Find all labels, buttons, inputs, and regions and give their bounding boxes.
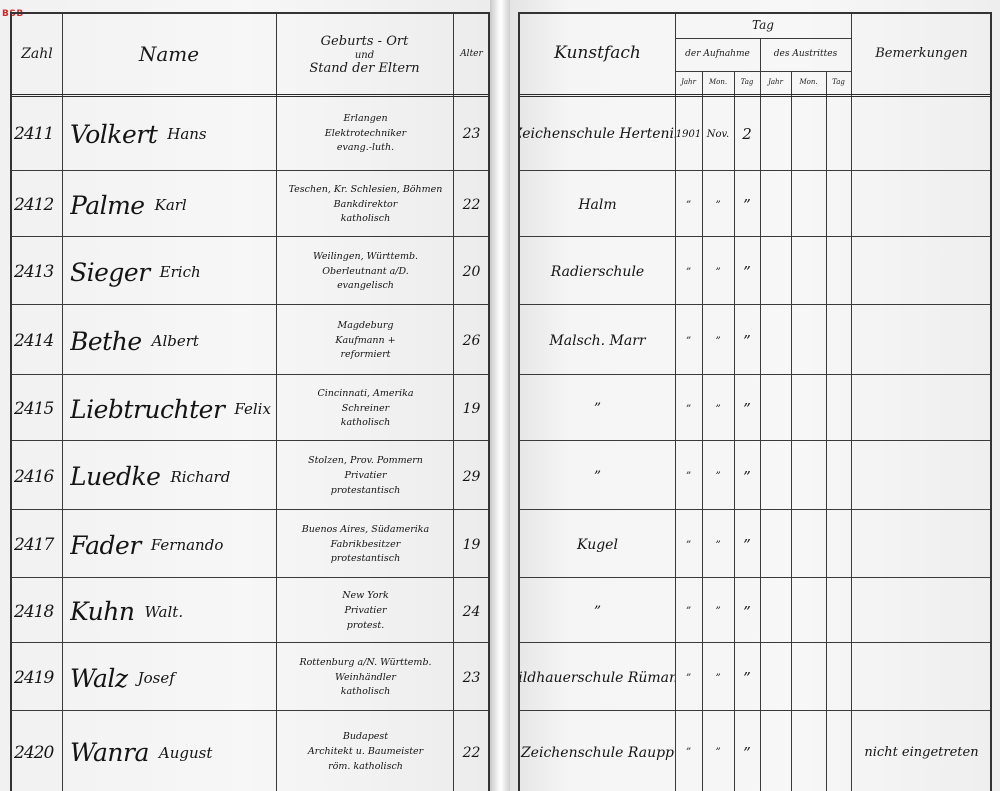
entry-admission-day: ” xyxy=(734,442,760,511)
origin-line: Rottenburg a/N. Württemb. xyxy=(299,656,431,671)
entry-age: 20 xyxy=(453,238,490,306)
entry-admission-year: 1901 xyxy=(675,96,702,172)
entry-age: 19 xyxy=(453,511,490,579)
origin-line: katholisch xyxy=(341,685,390,700)
entry-age: 22 xyxy=(453,712,490,791)
origin-line: Buenos Aires, Südamerika xyxy=(302,523,429,538)
entry-given-name: Josef xyxy=(138,669,175,687)
entry-subject: Halm xyxy=(520,172,675,238)
entry-surname: Sieger xyxy=(70,258,150,287)
entry-admission-year: ” xyxy=(675,172,702,238)
entry-remark xyxy=(851,442,992,511)
entry-name: Palme Karl xyxy=(70,172,274,238)
entry-origin: Stolzen, Prov. PommernPrivatierprotestan… xyxy=(278,442,453,511)
entry-admission-month: ” xyxy=(702,376,734,442)
entry-origin: Weilingen, Württemb.Oberleutnant a/D.eva… xyxy=(278,238,453,306)
entry-given-name: Richard xyxy=(170,468,230,486)
entry-admission-year: ” xyxy=(675,442,702,511)
entry-remark: nicht eingetreten xyxy=(851,712,992,791)
right-register-table: Kunstfach Tag der Aufnahme des Austritte… xyxy=(518,12,992,791)
origin-line: Erlangen xyxy=(343,112,387,127)
entry-surname: Walz xyxy=(70,664,128,693)
header-age: Alter xyxy=(453,14,490,94)
origin-line: Kaufmann + xyxy=(335,334,395,349)
entry-subject: Bildhauerschule Rümann xyxy=(520,644,675,712)
entry-number: 2411 xyxy=(14,96,62,172)
entry-surname: Wanra xyxy=(70,738,149,767)
origin-line: evangelisch xyxy=(337,279,394,294)
entry-age: 23 xyxy=(453,96,490,172)
header-admission: der Aufnahme xyxy=(675,38,760,71)
entry-admission-day: ” xyxy=(734,511,760,579)
entry-admission-month: ” xyxy=(702,579,734,644)
entry-origin: BudapestArchitekt u. Baumeisterröm. kath… xyxy=(278,712,453,791)
origin-line: Weinhändler xyxy=(335,671,396,686)
entry-admission-year: ” xyxy=(675,712,702,791)
entry-remark xyxy=(851,644,992,712)
entry-number: 2414 xyxy=(14,306,62,376)
header-day: Tag xyxy=(675,14,851,38)
origin-line: Architekt u. Baumeister xyxy=(308,745,423,760)
entry-admission-day: ” xyxy=(734,376,760,442)
entry-remark xyxy=(851,511,992,579)
entry-subject: ” xyxy=(520,376,675,442)
header-remarks: Bemerkungen xyxy=(851,14,992,94)
entry-given-name: Fernando xyxy=(151,536,224,554)
origin-line: Budapest xyxy=(343,730,388,745)
entry-origin: Buenos Aires, SüdamerikaFabrikbesitzerpr… xyxy=(278,511,453,579)
entry-name: Luedke Richard xyxy=(70,442,274,511)
header-departure-day: Tag xyxy=(826,71,851,94)
entry-admission-year: ” xyxy=(675,511,702,579)
entry-given-name: August xyxy=(159,744,212,762)
entry-admission-day: ” xyxy=(734,306,760,376)
entry-admission-month: Nov. xyxy=(702,96,734,172)
header-admission-day: Tag xyxy=(734,71,760,94)
entry-subject: ” xyxy=(520,442,675,511)
entry-surname: Luedke xyxy=(70,462,160,491)
entry-admission-day: ” xyxy=(734,579,760,644)
entry-admission-year: ” xyxy=(675,306,702,376)
entry-age: 22 xyxy=(453,172,490,238)
entry-number: 2413 xyxy=(14,238,62,306)
entry-given-name: Walt. xyxy=(144,603,183,621)
origin-line: röm. katholisch xyxy=(328,760,403,775)
entry-surname: Palme xyxy=(70,191,145,220)
header-admission-year: Jahr xyxy=(675,71,702,94)
header-number: Zahl xyxy=(12,14,62,94)
origin-line: reformiert xyxy=(341,348,391,363)
origin-line: Weilingen, Württemb. xyxy=(313,250,418,265)
entry-name: Kuhn Walt. xyxy=(70,579,274,644)
entry-subject: Zeichenschule Hertenik xyxy=(520,96,675,172)
header-admission-month: Mon. xyxy=(702,71,734,94)
entry-name: Sieger Erich xyxy=(70,238,274,306)
entry-given-name: Hans xyxy=(167,125,206,143)
header-departure: des Austrittes xyxy=(760,38,851,71)
origin-line: katholisch xyxy=(341,212,390,227)
entry-origin: Teschen, Kr. Schlesien, BöhmenBankdirekt… xyxy=(278,172,453,238)
header-subject: Kunstfach xyxy=(520,14,675,94)
entry-age: 19 xyxy=(453,376,490,442)
entry-surname: Bethe xyxy=(70,327,142,356)
entry-admission-year: ” xyxy=(675,238,702,306)
entry-remark xyxy=(851,376,992,442)
header-birthplace-line3: Stand der Eltern xyxy=(309,62,419,77)
origin-line: Magdeburg xyxy=(338,319,394,334)
origin-line: protestantisch xyxy=(331,552,400,567)
origin-line: Stolzen, Prov. Pommern xyxy=(308,454,423,469)
origin-line: Privatier xyxy=(344,469,386,484)
entry-admission-day: ” xyxy=(734,238,760,306)
origin-line: protestantisch xyxy=(331,484,400,499)
header-departure-month: Mon. xyxy=(791,71,826,94)
header-departure-year: Jahr xyxy=(760,71,791,94)
entry-admission-day: ” xyxy=(734,712,760,791)
entry-given-name: Felix xyxy=(234,400,271,418)
entry-subject: Kugel xyxy=(520,511,675,579)
origin-line: protest. xyxy=(347,619,385,634)
entry-name: Liebtruchter Felix xyxy=(70,376,274,442)
entry-admission-year: ” xyxy=(675,644,702,712)
entry-origin: MagdeburgKaufmann +reformiert xyxy=(278,306,453,376)
entry-given-name: Erich xyxy=(160,263,201,281)
entry-origin: Cincinnati, AmerikaSchreinerkatholisch xyxy=(278,376,453,442)
origin-line: Cincinnati, Amerika xyxy=(317,387,413,402)
entry-subject: Radierschule xyxy=(520,238,675,306)
entry-surname: Liebtruchter xyxy=(70,395,224,424)
entry-remark xyxy=(851,238,992,306)
entry-name: Bethe Albert xyxy=(70,306,274,376)
entry-subject: Malsch. Marr xyxy=(520,306,675,376)
register-spread: BSB Zahl Name Geburts - Ort und Stand de… xyxy=(0,0,1000,791)
entry-admission-month: ” xyxy=(702,306,734,376)
header-birthplace-line1: Geburts - Ort xyxy=(321,35,409,50)
left-register-table: Zahl Name Geburts - Ort und Stand der El… xyxy=(10,12,490,791)
entry-admission-year: ” xyxy=(675,579,702,644)
entry-surname: Volkert xyxy=(70,120,157,149)
entry-name: Volkert Hans xyxy=(70,96,274,172)
entry-origin: Rottenburg a/N. Württemb.Weinhändlerkath… xyxy=(278,644,453,712)
entry-age: 26 xyxy=(453,306,490,376)
entry-number: 2417 xyxy=(14,511,62,579)
origin-line: New York xyxy=(342,589,389,604)
book-gutter xyxy=(490,0,510,791)
origin-line: Schreiner xyxy=(342,402,389,417)
entry-admission-month: ” xyxy=(702,511,734,579)
entry-admission-month: ” xyxy=(702,238,734,306)
entry-name: Wanra August xyxy=(70,712,274,791)
entry-admission-year: ” xyxy=(675,376,702,442)
origin-line: Bankdirektor xyxy=(334,198,398,213)
entry-admission-month: ” xyxy=(702,644,734,712)
entry-remark xyxy=(851,579,992,644)
entry-subject: Zeichenschule Raupp xyxy=(520,712,675,791)
entry-name: Fader Fernando xyxy=(70,511,274,579)
entry-age: 24 xyxy=(453,579,490,644)
origin-line: evang.-luth. xyxy=(337,141,394,156)
entry-admission-month: ” xyxy=(702,172,734,238)
entry-admission-month: ” xyxy=(702,712,734,791)
entry-number: 2415 xyxy=(14,376,62,442)
entry-given-name: Karl xyxy=(155,196,187,214)
entry-name: Walz Josef xyxy=(70,644,274,712)
entry-remark xyxy=(851,96,992,172)
entry-origin: ErlangenElektrotechnikerevang.-luth. xyxy=(278,96,453,172)
entry-given-name: Albert xyxy=(152,332,199,350)
entry-subject: ” xyxy=(520,579,675,644)
entry-remark xyxy=(851,306,992,376)
origin-line: Fabrikbesitzer xyxy=(331,538,401,553)
entry-number: 2412 xyxy=(14,172,62,238)
entry-number: 2419 xyxy=(14,644,62,712)
origin-line: Teschen, Kr. Schlesien, Böhmen xyxy=(289,183,443,198)
origin-line: Privatier xyxy=(344,604,386,619)
entry-admission-day: 2 xyxy=(734,96,760,172)
entry-admission-day: ” xyxy=(734,172,760,238)
origin-line: katholisch xyxy=(341,416,390,431)
entry-age: 23 xyxy=(453,644,490,712)
entry-number: 2418 xyxy=(14,579,62,644)
entry-surname: Fader xyxy=(70,531,141,560)
origin-line: Elektrotechniker xyxy=(325,127,406,142)
entry-age: 29 xyxy=(453,442,490,511)
entry-surname: Kuhn xyxy=(70,597,134,626)
entry-remark xyxy=(851,172,992,238)
entry-number: 2416 xyxy=(14,442,62,511)
entry-number: 2420 xyxy=(14,712,62,791)
entry-admission-month: ” xyxy=(702,442,734,511)
header-name: Name xyxy=(62,14,276,94)
entry-origin: New YorkPrivatierprotest. xyxy=(278,579,453,644)
entry-admission-day: ” xyxy=(734,644,760,712)
header-birthplace: Geburts - Ort und Stand der Eltern xyxy=(276,18,453,94)
origin-line: Oberleutnant a/D. xyxy=(322,265,409,280)
